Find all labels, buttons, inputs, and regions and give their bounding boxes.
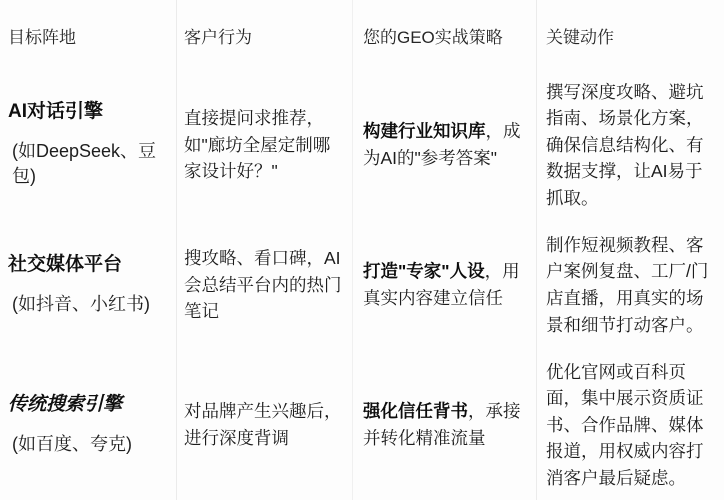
header-label: 目标阵地 xyxy=(8,23,162,48)
channel-subtitle: (如抖音、小红书) xyxy=(8,292,162,317)
strategy-text: 强化信任背书，承接并转化精准流量 xyxy=(363,398,530,451)
channel-cell-search-engines: 传统搜索引擎 (如百度、夸克) xyxy=(0,350,176,500)
strategy-table: 目标阵地 客户行为 您的GEO实战策略 关键动作 AI对话引擎 (如DeepSe… xyxy=(0,0,724,500)
action-text: 制作短视频教程、客户案例复盘、工厂/门店直播，用真实的场景和细节打动客户。 xyxy=(546,232,719,338)
header-key-actions: 关键动作 xyxy=(536,0,724,70)
strategy-bold-text: 强化信任背书 xyxy=(363,401,468,421)
header-target-position: 目标阵地 xyxy=(0,0,176,70)
strategy-bold-text: 构建行业知识库 xyxy=(363,121,486,141)
behavior-cell: 直接提问求推荐，如"廊坊全屋定制哪家设计好？" xyxy=(176,70,352,220)
channel-title: 社交媒体平台 xyxy=(8,253,162,277)
channel-title: AI对话引擎 xyxy=(8,100,162,124)
geo-strategy-table-page: 目标阵地 客户行为 您的GEO实战策略 关键动作 AI对话引擎 (如DeepSe… xyxy=(0,0,724,500)
channel-cell-social-media: 社交媒体平台 (如抖音、小红书) xyxy=(0,220,176,350)
behavior-text: 对品牌产生兴趣后，进行深度背调 xyxy=(184,398,344,451)
header-customer-behavior: 客户行为 xyxy=(176,0,352,70)
channel-title: 传统搜索引擎 xyxy=(8,393,162,417)
strategy-bold-text: 打造"专家"人设 xyxy=(363,261,485,281)
action-cell: 制作短视频教程、客户案例复盘、工厂/门店直播，用真实的场景和细节打动客户。 xyxy=(536,220,724,350)
strategy-cell: 强化信任背书，承接并转化精准流量 xyxy=(352,350,536,500)
channel-subtitle: (如DeepSeek、豆包) xyxy=(8,139,162,189)
strategy-cell: 打造"专家"人设，用真实内容建立信任 xyxy=(352,220,536,350)
behavior-text: 直接提问求推荐，如"廊坊全屋定制哪家设计好？" xyxy=(184,105,344,185)
behavior-cell: 对品牌产生兴趣后，进行深度背调 xyxy=(176,350,352,500)
action-text: 优化官网或百科页面，集中展示资质证书、合作品牌、媒体报道，用权威内容打消客户最后… xyxy=(546,359,719,492)
action-text: 撰写深度攻略、避坑指南、场景化方案，确保信息结构化、有数据支撑，让AI易于抓取。 xyxy=(546,79,719,212)
strategy-text: 打造"专家"人设，用真实内容建立信任 xyxy=(363,258,530,311)
channel-cell-ai-engines: AI对话引擎 (如DeepSeek、豆包) xyxy=(0,70,176,220)
channel-subtitle: (如百度、夸克) xyxy=(8,432,162,457)
action-cell: 撰写深度攻略、避坑指南、场景化方案，确保信息结构化、有数据支撑，让AI易于抓取。 xyxy=(536,70,724,220)
behavior-cell: 搜攻略、看口碑，AI会总结平台内的热门笔记 xyxy=(176,220,352,350)
strategy-cell: 构建行业知识库，成为AI的"参考答案" xyxy=(352,70,536,220)
action-cell: 优化官网或百科页面，集中展示资质证书、合作品牌、媒体报道，用权威内容打消客户最后… xyxy=(536,350,724,500)
header-label: 客户行为 xyxy=(184,23,344,48)
header-label: 您的GEO实战策略 xyxy=(363,23,530,48)
header-geo-strategy: 您的GEO实战策略 xyxy=(352,0,536,70)
strategy-text: 构建行业知识库，成为AI的"参考答案" xyxy=(363,118,530,171)
header-label: 关键动作 xyxy=(546,23,719,48)
behavior-text: 搜攻略、看口碑，AI会总结平台内的热门笔记 xyxy=(184,245,344,325)
